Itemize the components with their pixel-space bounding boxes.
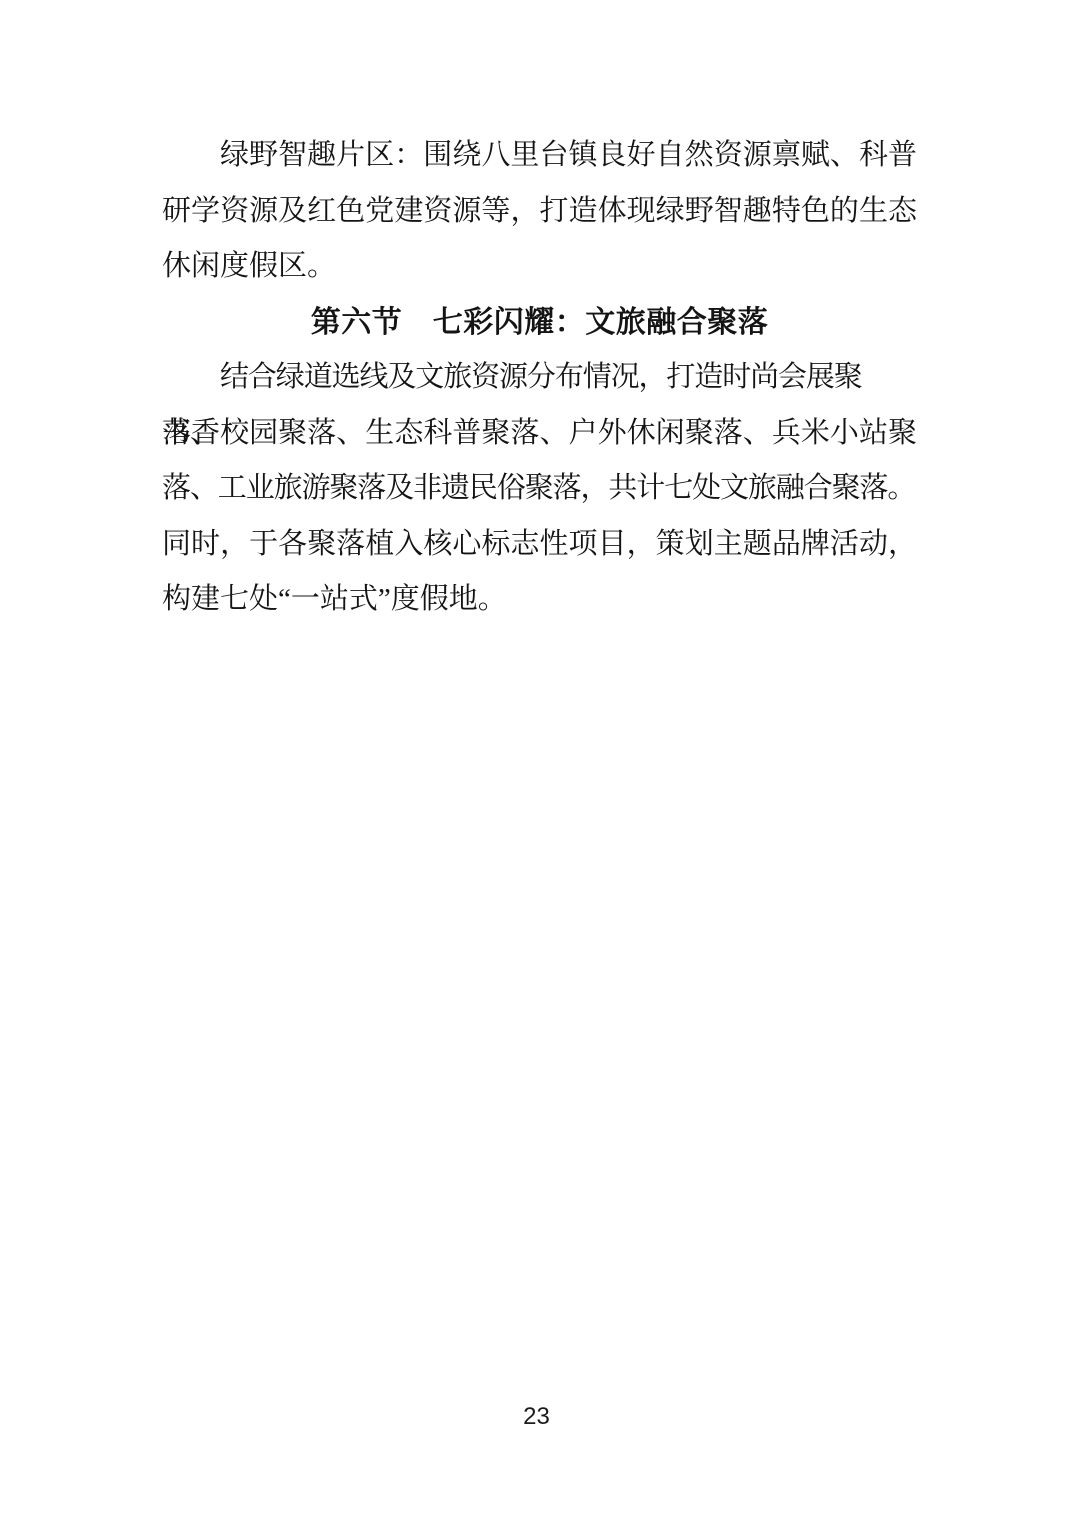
paragraph2-line-5: 构建七处“一站式”度假地。 — [162, 572, 917, 628]
paragraph1-line-2: 研学资源及红色党建资源等，打造体现绿野智趣特色的生态 — [162, 184, 917, 240]
paragraph2-line-4: 同时，于各聚落植入核心标志性项目，策划主题品牌活动， — [162, 517, 917, 573]
paragraph1-line-1: 绿野智趣片区：围绕八里台镇良好自然资源禀赋、科普 — [162, 128, 917, 184]
paragraph2-line-3: 落、工业旅游聚落及非遗民俗聚落，共计七处文旅融合聚落。 — [162, 461, 917, 517]
page-number: 23 — [0, 1401, 1073, 1433]
document-body: 绿野智趣片区：围绕八里台镇良好自然资源禀赋、科普 研学资源及红色党建资源等，打造… — [162, 128, 917, 628]
document-page: 绿野智趣片区：围绕八里台镇良好自然资源禀赋、科普 研学资源及红色党建资源等，打造… — [0, 0, 1073, 1519]
paragraph2-line-2: 书香校园聚落、生态科普聚落、户外休闲聚落、兵米小站聚 — [162, 406, 917, 462]
paragraph2-line-1: 结合绿道选线及文旅资源分布情况，打造时尚会展聚落、 — [162, 350, 917, 406]
paragraph1-line-3: 休闲度假区。 — [162, 239, 917, 295]
section-heading: 第六节 七彩闪耀：文旅融合聚落 — [162, 295, 917, 351]
